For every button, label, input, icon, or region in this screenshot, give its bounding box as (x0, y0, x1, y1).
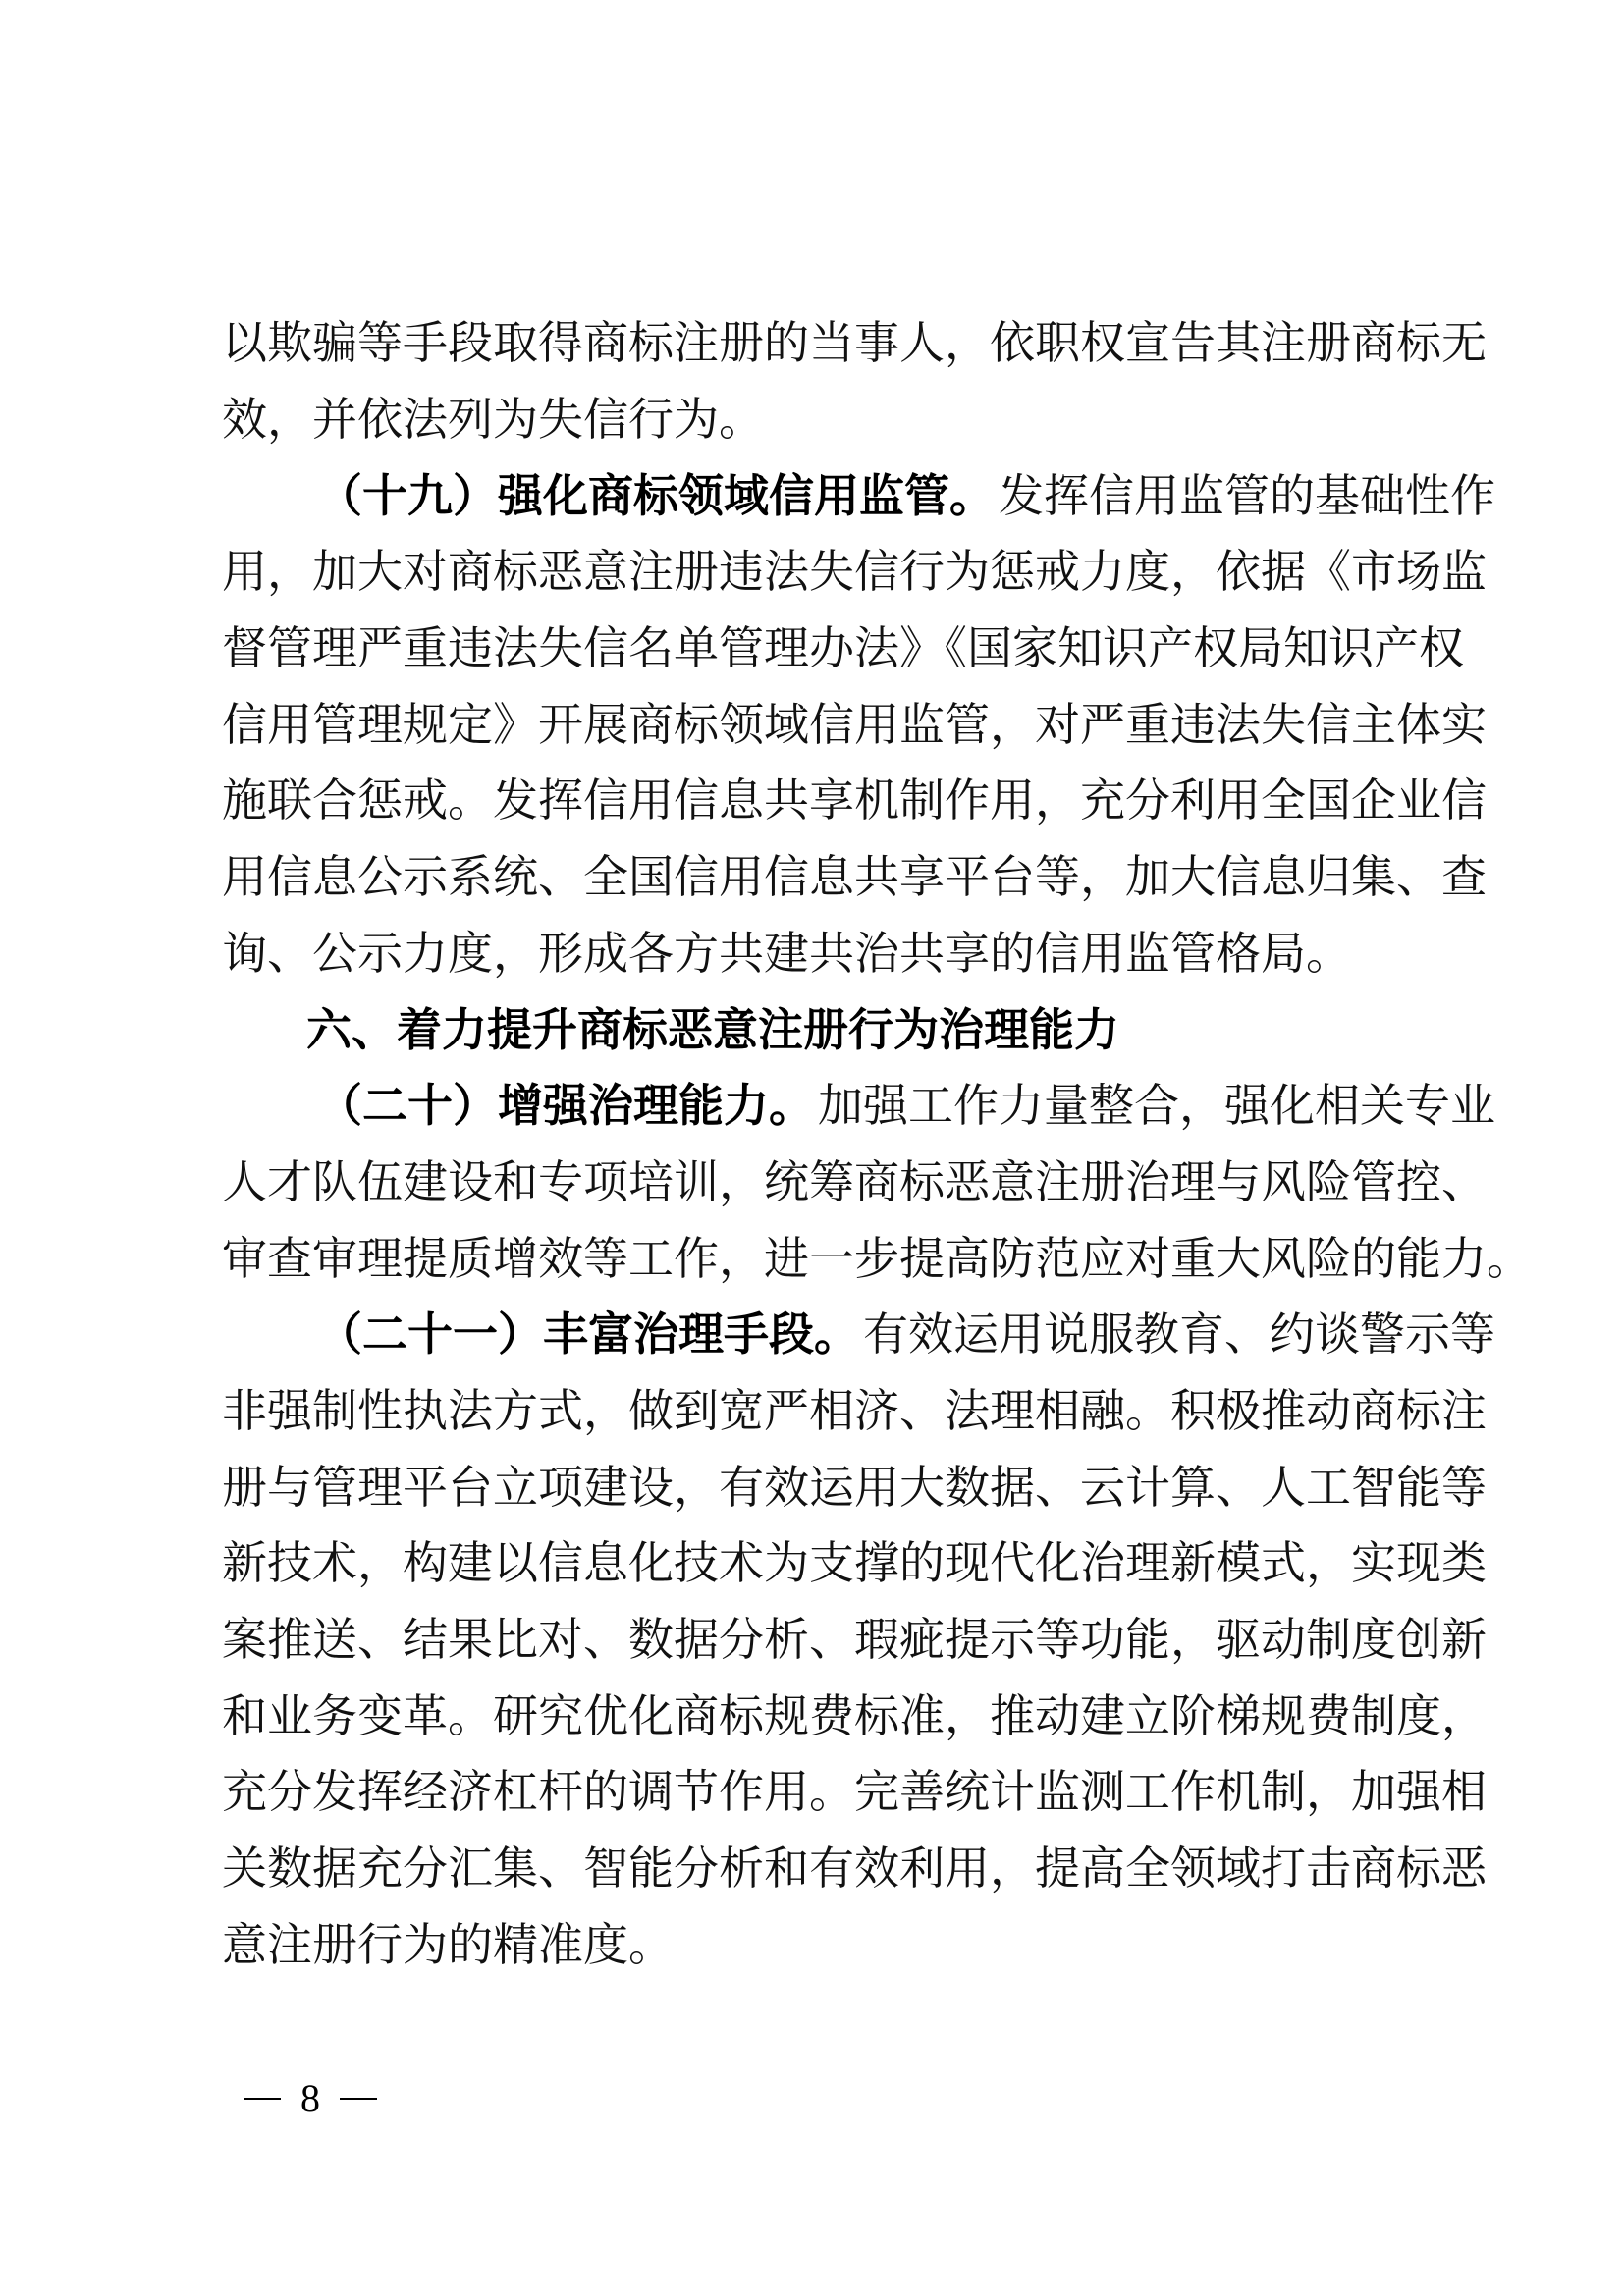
text-line: 案推送、结果比对、数据分析、瑕疵提示等功能，驱动制度创新 (222, 1601, 1421, 1678)
item-21-text: 有效运用说服教育、约谈警示等 (863, 1296, 1495, 1372)
page-number-footer: 8 (244, 2077, 377, 2120)
text-line: 用信息公示系统、全国信用信息共享平台等，加大信息归集、查 (222, 838, 1421, 915)
text-line: 审查审理提质增效等工作，进一步提高防范应对重大风险的能力。 (222, 1220, 1439, 1297)
item-21-label: （二十一）丰富治理手段。 (317, 1296, 859, 1372)
text-line: 新技术，构建以信息化技术为支撑的现代化治理新模式，实现类 (222, 1524, 1421, 1601)
text-line: 册与管理平台立项建设，有效运用大数据、云计算、人工智能等 (222, 1449, 1421, 1525)
text-line: 和业务变革。研究优化商标规费标准，推动建立阶梯规费制度， (222, 1678, 1421, 1754)
text-line: 意注册行为的精准度。 (222, 1906, 1421, 1983)
text-line: 信用管理规定》开展商标领域信用监管，对严重违法失信主体实 (222, 686, 1421, 763)
text-line: 非强制性执法方式，做到宽严相济、法理相融。积极推动商标注 (222, 1372, 1421, 1449)
paragraph-first-line: （十九）强化商标领域信用监管。 发挥信用监管的基础性作 (317, 457, 1421, 534)
item-20-text: 加强工作力量整合，强化相关专业 (818, 1067, 1495, 1144)
text-line: 督管理严重违法失信名单管理办法》《国家知识产权局知识产权 (222, 610, 1421, 686)
section-heading: 六、着力提升商标恶意注册行为治理能力 (306, 991, 1092, 1068)
dash-right (340, 2098, 377, 2100)
text-line: 效，并依法列为失信行为。 (222, 381, 1421, 457)
paragraph-first-line: （二十一）丰富治理手段。 有效运用说服教育、约谈警示等 (317, 1296, 1421, 1372)
document-page: 以欺骗等手段取得商标注册的当事人，依职权宣告其注册商标无 效，并依法列为失信行为… (0, 0, 1624, 2296)
paragraph-first-line: （二十）增强治理能力。 加强工作力量整合，强化相关专业 (317, 1067, 1421, 1144)
text-line: 以欺骗等手段取得商标注册的当事人，依职权宣告其注册商标无 (222, 304, 1421, 381)
text-line: 充分发挥经济杠杆的调节作用。完善统计监测工作机制，加强相 (222, 1753, 1421, 1830)
page-number: 8 (300, 2077, 320, 2120)
text-line: 人才队伍建设和专项培训，统筹商标恶意注册治理与风险管控、 (222, 1144, 1421, 1220)
item-19-label: （十九）强化商标领域信用监管。 (317, 457, 995, 534)
text-line: 关数据充分汇集、智能分析和有效利用，提高全领域打击商标恶 (222, 1830, 1421, 1906)
text-line: 询、公示力度，形成各方共建共治共享的信用监管格局。 (222, 915, 1421, 991)
text-line: 施联合惩戒。发挥信用信息共享机制作用，充分利用全国企业信 (222, 762, 1421, 838)
dash-left (244, 2098, 281, 2100)
item-19-text: 发挥信用监管的基础性作 (999, 457, 1495, 534)
text-line: 用，加大对商标恶意注册违法失信行为惩戒力度，依据《市场监 (222, 533, 1421, 610)
item-20-label: （二十）增强治理能力。 (317, 1067, 814, 1144)
